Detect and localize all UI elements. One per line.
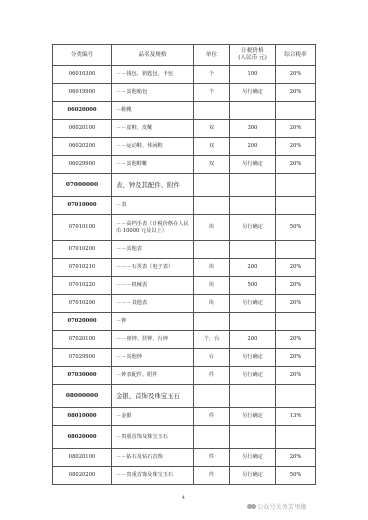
cell-rate: 20% [276,277,316,295]
wechat-icon [247,504,255,509]
table-row: 08020100－－钻石及钻石首饰件另行确定20% [53,449,316,467]
cell-unit: 个 [194,66,230,84]
cell-unit [194,426,230,449]
cell-unit [194,241,230,259]
cell-name: －－其他钟 [112,349,194,367]
cell-price [230,313,276,331]
cell-code: 08000000 [53,385,112,408]
cell-code: 08020000 [53,426,112,449]
document-page: 分类编号 品名及规格 单位 计税价格 (人民币 元) 综合税率 06010300… [0,0,368,520]
cell-name: －－皮鞋、皮靴 [112,120,194,138]
table-row: 07000000表、钟及其配件、附件 [53,174,316,197]
cell-rate: 20% [276,367,316,385]
table-row: 07010210－－－石英表（电子表）块20020% [53,259,316,277]
cell-rate [276,313,316,331]
cell-name: 表、钟及其配件、附件 [112,174,194,197]
cell-rate: 20% [276,295,316,313]
cell-price: 另行确定 [230,84,276,102]
cell-rate: 50% [276,215,316,241]
cell-code: 07010100 [53,215,112,241]
table-row: 07010290－－－其他表块另行确定20% [53,295,316,313]
cell-unit: 双 [194,138,230,156]
cell-rate [276,197,316,215]
cell-unit [194,313,230,331]
table-row: 06029900－－其他鞋靴双另行确定20% [53,156,316,174]
cell-rate [276,385,316,408]
cell-price: 500 [230,277,276,295]
cell-code: 07029900 [53,349,112,367]
cell-name: －钟表配件、附件 [112,367,194,385]
cell-price [230,385,276,408]
cell-rate [276,174,316,197]
cell-price: 另行确定 [230,408,276,426]
cell-rate: 13% [276,408,316,426]
cell-rate: 20% [276,66,316,84]
cell-code: 07000000 [53,174,112,197]
cell-code: 07010210 [53,259,112,277]
cell-price [230,102,276,120]
table-row: 08020000－贵重首饰及珠宝玉石 [53,426,316,449]
cell-unit: 双 [194,156,230,174]
cell-unit: 件 [194,408,230,426]
cell-name: －－高档手表（计税价格在人民币 10000 元及以上） [112,215,194,241]
table-row: 07010100－－高档手表（计税价格在人民币 10000 元及以上）块另行确定… [53,215,316,241]
cell-rate: 20% [276,84,316,102]
cell-code: 06010300 [53,66,112,84]
cell-unit: 个 [194,84,230,102]
header-price-line2: (人民币 元) [232,55,273,62]
table-row: 08010000－金银件另行确定13% [53,408,316,426]
header-price-line1: 计税价格 [232,48,273,55]
cell-code: 07010220 [53,277,112,295]
header-rate: 综合税率 [276,45,316,66]
table-row: 07030000－钟表配件、附件件另行确定20% [53,367,316,385]
cell-rate: 50% [276,467,316,485]
cell-name: －－贵重首饰及珠宝玉石 [112,467,194,485]
table-row: 07010220－－－机械表块50020% [53,277,316,295]
cell-code: 06020000 [53,102,112,120]
cell-code: 08010000 [53,408,112,426]
cell-price: 200 [230,259,276,277]
cell-code: 06020200 [53,138,112,156]
cell-code: 06029900 [53,156,112,174]
table-row: 06020100－－皮鞋、皮靴双30020% [53,120,316,138]
cell-rate [276,241,316,259]
cell-name: －－钱包、钥匙包、卡包 [112,66,194,84]
table-row: 07020000－钟 [53,313,316,331]
table-row: 06019900－－其他箱包个另行确定20% [53,84,316,102]
cell-price: 另行确定 [230,156,276,174]
cell-unit [194,385,230,408]
table-row: 07010000－表 [53,197,316,215]
cell-unit: 块 [194,277,230,295]
cell-rate: 20% [276,259,316,277]
table-row: 06010300－－钱包、钥匙包、卡包个10020% [53,66,316,84]
cell-code: 06020100 [53,120,112,138]
cell-price: 100 [230,66,276,84]
cell-price: 另行确定 [230,295,276,313]
cell-price: 300 [230,120,276,138]
page-number: 4 [182,496,185,501]
header-unit: 单位 [194,45,230,66]
cell-name: －－运动鞋、休闲鞋 [112,138,194,156]
cell-name: －－－其他表 [112,295,194,313]
cell-rate: 20% [276,120,316,138]
cell-code: 07010290 [53,295,112,313]
table-row: 06020000－鞋靴 [53,102,316,120]
cell-rate: 20% [276,449,316,467]
cell-price [230,174,276,197]
cell-unit: 件 [194,467,230,485]
table-row: 06020200－－运动鞋、休闲鞋双20020% [53,138,316,156]
cell-unit [194,197,230,215]
tax-rate-table: 分类编号 品名及规格 单位 计税价格 (人民币 元) 综合税率 06010300… [52,44,316,485]
cell-name: －金银 [112,408,194,426]
cell-unit: 台 [194,349,230,367]
table-row: 08020200－－贵重首饰及珠宝玉石件另行确定50% [53,467,316,485]
cell-price: 200 [230,138,276,156]
header-price: 计税价格 (人民币 元) [230,45,276,66]
cell-price: 另行确定 [230,215,276,241]
table-row: 07029900－－其他钟台另行确定20% [53,349,316,367]
cell-price [230,241,276,259]
watermark: 公众号关务芳里缘 [247,502,307,511]
cell-price: 另行确定 [230,467,276,485]
cell-rate: 20% [276,156,316,174]
cell-name: －钟 [112,313,194,331]
cell-price: 另行确定 [230,449,276,467]
cell-code: 07020000 [53,313,112,331]
cell-price: 200 [230,331,276,349]
cell-code: 07010000 [53,197,112,215]
cell-unit: 块 [194,259,230,277]
cell-name: －表 [112,197,194,215]
cell-name: －－其他箱包 [112,84,194,102]
cell-unit [194,174,230,197]
cell-price [230,197,276,215]
cell-rate: 20% [276,331,316,349]
cell-code: 07010200 [53,241,112,259]
cell-price [230,426,276,449]
cell-rate: 20% [276,138,316,156]
cell-price: 另行确定 [230,349,276,367]
cell-code: 07020100 [53,331,112,349]
cell-code: 07030000 [53,367,112,385]
cell-name: －－－石英表（电子表） [112,259,194,277]
cell-code: 06019900 [53,84,112,102]
header-code: 分类编号 [53,45,112,66]
cell-unit: 件 [194,449,230,467]
cell-rate [276,102,316,120]
table-row: 08000000金银、首饰及珠宝玉石 [53,385,316,408]
table-row: 07020100－－座钟、挂钟、台钟个、台20020% [53,331,316,349]
cell-unit: 双 [194,120,230,138]
table-body: 06010300－－钱包、钥匙包、卡包个10020%06019900－－其他箱包… [53,66,316,485]
cell-code: 08020200 [53,467,112,485]
cell-unit: 个、台 [194,331,230,349]
watermark-text: 公众号关务芳里缘 [257,502,307,511]
cell-unit: 件 [194,367,230,385]
cell-name: －－钻石及钻石首饰 [112,449,194,467]
cell-name: －－－机械表 [112,277,194,295]
header-name: 品名及规格 [112,45,194,66]
table-header-row: 分类编号 品名及规格 单位 计税价格 (人民币 元) 综合税率 [53,45,316,66]
cell-code: 08020100 [53,449,112,467]
cell-rate [276,426,316,449]
cell-unit: 块 [194,215,230,241]
cell-price: 另行确定 [230,367,276,385]
cell-name: －贵重首饰及珠宝玉石 [112,426,194,449]
cell-name: －－座钟、挂钟、台钟 [112,331,194,349]
cell-unit: 块 [194,295,230,313]
cell-name: －－其他表 [112,241,194,259]
cell-name: －－其他鞋靴 [112,156,194,174]
cell-rate: 20% [276,349,316,367]
cell-unit [194,102,230,120]
table-row: 07010200－－其他表 [53,241,316,259]
cell-name: －鞋靴 [112,102,194,120]
cell-name: 金银、首饰及珠宝玉石 [112,385,194,408]
